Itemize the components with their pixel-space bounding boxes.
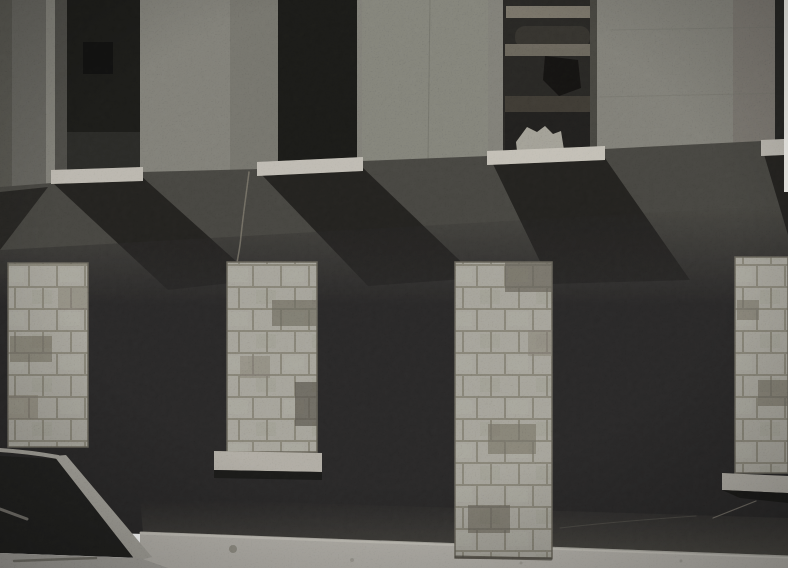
- film-grain-overlay: [0, 0, 788, 568]
- photo-canvas: [0, 0, 788, 568]
- photograph: [0, 0, 788, 568]
- vignette: [0, 0, 788, 568]
